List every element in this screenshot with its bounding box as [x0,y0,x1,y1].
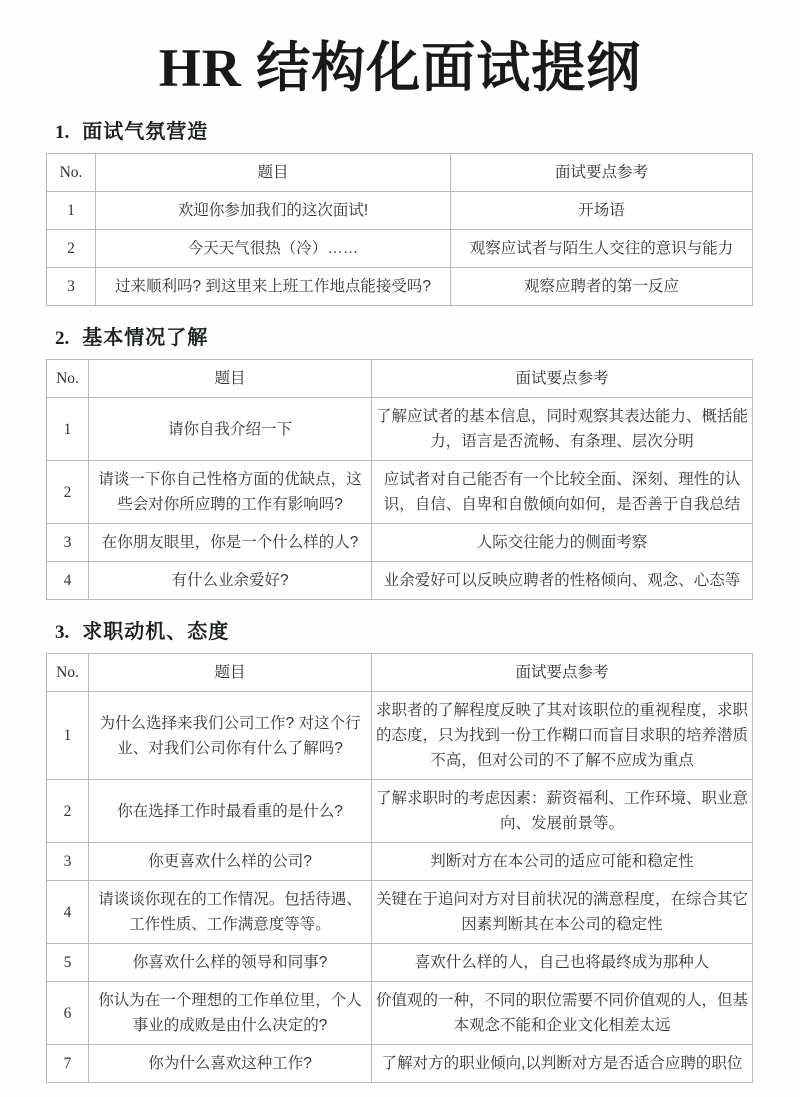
table-header-row: No. 题目 面试要点参考 [47,360,753,398]
table-header-row: No. 题目 面试要点参考 [47,654,753,692]
col-header-reference: 面试要点参考 [451,154,753,192]
section-motivation: 3. 求职动机、态度 No. 题目 面试要点参考 1 为什么选择来我们公司工作?… [0,615,800,1083]
row-number-cell: 6 [47,982,89,1045]
row-number-cell: 3 [47,524,89,562]
question-cell: 你喜欢什么样的领导和同事? [89,944,372,982]
reference-cell: 求职者的了解程度反映了其对该职位的重视程度，求职的态度，只为找到一份工作糊口而盲… [372,692,753,780]
reference-cell: 关键在于追问对方对目前状况的满意程度，在综合其它因素判断其在本公司的稳定性 [372,881,753,944]
reference-cell: 了解求职时的考虑因素：薪资福利、工作环境、职业意向、发展前景等。 [372,780,753,843]
section-title: 求职动机、态度 [82,615,229,644]
reference-cell: 判断对方在本公司的适应可能和稳定性 [372,843,753,881]
question-cell: 在你朋友眼里，你是一个什么样的人? [89,524,372,562]
question-cell: 有什么业余爱好? [89,562,372,600]
table-row: 3 过来顺利吗? 到这里来上班工作地点能接受吗? 观察应聘者的第一反应 [47,268,753,306]
reference-cell: 喜欢什么样的人，自己也将最终成为那种人 [372,944,753,982]
col-header-question: 题目 [89,654,372,692]
reference-cell: 价值观的一种，不同的职位需要不同价值观的人，但基本观念不能和企业文化相差太远 [372,982,753,1045]
question-cell: 你认为在一个理想的工作单位里，个人事业的成败是由什么决定的? [89,982,372,1045]
table-row: 3 在你朋友眼里，你是一个什么样的人? 人际交往能力的侧面考察 [47,524,753,562]
section-heading-3: 3. 求职动机、态度 [55,615,800,644]
table-header-row: No. 题目 面试要点参考 [47,154,753,192]
question-cell: 过来顺利吗? 到这里来上班工作地点能接受吗? [96,268,451,306]
reference-cell: 开场语 [451,192,753,230]
interview-table-3: No. 题目 面试要点参考 1 为什么选择来我们公司工作? 对这个行业、对我们公… [46,653,753,1083]
section-number: 2. [55,328,69,350]
table-row: 2 你在选择工作时最看重的是什么? 了解求职时的考虑因素：薪资福利、工作环境、职… [47,780,753,843]
table-row: 6 你认为在一个理想的工作单位里，个人事业的成败是由什么决定的? 价值观的一种，… [47,982,753,1045]
row-number-cell: 1 [47,398,89,461]
section-heading-2: 2. 基本情况了解 [55,321,800,350]
question-cell: 请谈谈你现在的工作情况。包括待遇、工作性质、工作满意度等等。 [89,881,372,944]
table-row: 1 请你自我介绍一下 了解应试者的基本信息，同时观察其表达能力、概括能力，语言是… [47,398,753,461]
row-number-cell: 1 [47,692,89,780]
interview-table-2: No. 题目 面试要点参考 1 请你自我介绍一下 了解应试者的基本信息，同时观察… [46,359,753,600]
section-heading-1: 1. 面试气氛营造 [55,115,800,144]
row-number-cell: 5 [47,944,89,982]
section-atmosphere: 1. 面试气氛营造 No. 题目 面试要点参考 1 欢迎你参加我们的这次面试! … [0,115,800,306]
table-row: 3 你更喜欢什么样的公司? 判断对方在本公司的适应可能和稳定性 [47,843,753,881]
question-cell: 你为什么喜欢这种工作? [89,1045,372,1083]
table-row: 4 有什么业余爱好? 业余爱好可以反映应聘者的性格倾向、观念、心态等 [47,562,753,600]
page-title: HR 结构化面试提纲 [0,36,800,100]
question-cell: 欢迎你参加我们的这次面试! [96,192,451,230]
col-header-no: No. [47,360,89,398]
table-row: 1 为什么选择来我们公司工作? 对这个行业、对我们公司你有什么了解吗? 求职者的… [47,692,753,780]
table-row: 2 请谈一下你自己性格方面的优缺点，这些会对你所应聘的工作有影响吗? 应试者对自… [47,461,753,524]
reference-cell: 人际交往能力的侧面考察 [372,524,753,562]
row-number-cell: 3 [47,268,96,306]
row-number-cell: 4 [47,562,89,600]
reference-cell: 了解应试者的基本信息，同时观察其表达能力、概括能力，语言是否流畅、有条理、层次分… [372,398,753,461]
col-header-no: No. [47,654,89,692]
table-row: 5 你喜欢什么样的领导和同事? 喜欢什么样的人，自己也将最终成为那种人 [47,944,753,982]
question-cell: 你更喜欢什么样的公司? [89,843,372,881]
reference-cell: 应试者对自己能否有一个比较全面、深刻、理性的认识，自信、自卑和自傲倾向如何，是否… [372,461,753,524]
document-page: HR 结构化面试提纲 1. 面试气氛营造 No. 题目 面试要点参考 1 欢迎你… [0,0,800,1097]
row-number-cell: 3 [47,843,89,881]
col-header-question: 题目 [89,360,372,398]
col-header-no: No. [47,154,96,192]
table-row: 4 请谈谈你现在的工作情况。包括待遇、工作性质、工作满意度等等。 关键在于追问对… [47,881,753,944]
interview-table-1: No. 题目 面试要点参考 1 欢迎你参加我们的这次面试! 开场语 2 今天天气… [46,153,753,306]
row-number-cell: 2 [47,230,96,268]
reference-cell: 观察应试者与陌生人交往的意识与能力 [451,230,753,268]
question-cell: 请谈一下你自己性格方面的优缺点，这些会对你所应聘的工作有影响吗? [89,461,372,524]
reference-cell: 观察应聘者的第一反应 [451,268,753,306]
row-number-cell: 4 [47,881,89,944]
question-cell: 今天天气很热（冷）…… [96,230,451,268]
col-header-question: 题目 [96,154,451,192]
col-header-reference: 面试要点参考 [372,360,753,398]
question-cell: 为什么选择来我们公司工作? 对这个行业、对我们公司你有什么了解吗? [89,692,372,780]
col-header-reference: 面试要点参考 [372,654,753,692]
row-number-cell: 2 [47,461,89,524]
table-row: 1 欢迎你参加我们的这次面试! 开场语 [47,192,753,230]
reference-cell: 业余爱好可以反映应聘者的性格倾向、观念、心态等 [372,562,753,600]
reference-cell: 了解对方的职业倾向,以判断对方是否适合应聘的职位 [372,1045,753,1083]
section-title: 基本情况了解 [82,321,208,350]
row-number-cell: 7 [47,1045,89,1083]
row-number-cell: 2 [47,780,89,843]
table-row: 7 你为什么喜欢这种工作? 了解对方的职业倾向,以判断对方是否适合应聘的职位 [47,1045,753,1083]
section-basic-info: 2. 基本情况了解 No. 题目 面试要点参考 1 请你自我介绍一下 了解应试者… [0,321,800,600]
question-cell: 请你自我介绍一下 [89,398,372,461]
section-title: 面试气氛营造 [82,115,208,144]
question-cell: 你在选择工作时最看重的是什么? [89,780,372,843]
row-number-cell: 1 [47,192,96,230]
section-number: 1. [55,122,69,144]
section-number: 3. [55,622,69,644]
table-row: 2 今天天气很热（冷）…… 观察应试者与陌生人交往的意识与能力 [47,230,753,268]
